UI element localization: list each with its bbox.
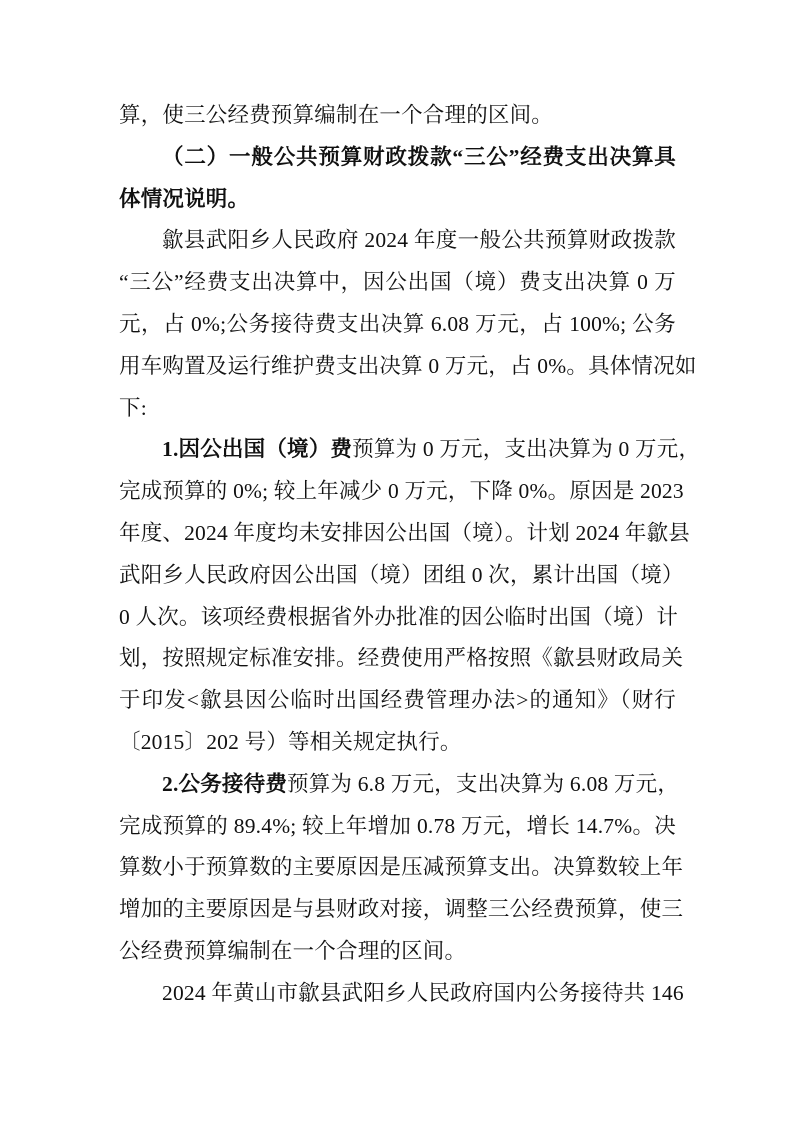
item1-paragraph-line: 0 人次。该项经费根据省外办批准的因公临时出国（境）计 (119, 597, 676, 639)
item1-paragraph-line: 划，按照规定标准安排。经费使用严格按照《歙县财政局关 (119, 638, 676, 680)
item2-paragraph-line: 增加的主要原因是与县财政对接，调整三公经费预算，使三 (119, 889, 676, 931)
item2-paragraph-line: 算数小于预算数的主要原因是压减预算支出。决算数较上年 (119, 847, 676, 889)
summary-paragraph-line: 用车购置及运行维护费支出决算 0 万元，占 0%。具体情况如 (119, 346, 676, 388)
section-heading-line-2: 体情况说明。 (119, 179, 676, 221)
item1-paragraph-line: 武阳乡人民政府因公出国（境）团组 0 次，累计出国（境） (119, 555, 676, 597)
item1-bold-title: 1.因公出国（境）费 (162, 437, 352, 461)
item1-first-line-text: 预算为 0 万元，支出决算为 0 万元， (352, 437, 700, 461)
item1-paragraph-line: 完成预算的 0%; 较上年减少 0 万元，下降 0%。原因是 2023 (119, 471, 676, 513)
item1-paragraph-line: 〔2015〕202 号）等相关规定执行。 (119, 722, 676, 764)
item2-first-line-text: 预算为 6.8 万元，支出决算为 6.08 万元， (287, 772, 679, 796)
summary-paragraph-line: 元，占 0%;公务接待费支出决算 6.08 万元，占 100%; 公务 (119, 304, 676, 346)
item2-paragraph-line: 公经费预算编制在一个合理的区间。 (119, 931, 676, 973)
item1-first-line: 1.因公出国（境）费预算为 0 万元，支出决算为 0 万元， (119, 429, 676, 471)
item2-bold-title: 2.公务接待费 (162, 772, 287, 796)
summary-paragraph-line: 歙县武阳乡人民政府 2024 年度一般公共预算财政拨款 (119, 220, 676, 262)
section-heading-line-1: （二）一般公共预算财政拨款“三公”经费支出决算具 (119, 137, 676, 179)
paragraph-continuation-line: 算，使三公经费预算编制在一个合理的区间。 (119, 95, 676, 137)
reception-paragraph-line: 2024 年黄山市歙县武阳乡人民政府国内公务接待共 146 (119, 973, 676, 1015)
item1-paragraph-line: 年度、2024 年度均未安排因公出国（境）。计划 2024 年歙县 (119, 513, 676, 555)
item2-first-line: 2.公务接待费预算为 6.8 万元，支出决算为 6.08 万元， (119, 764, 676, 806)
item1-paragraph-line: 于印发<歙县因公临时出国经费管理办法>的通知》（财行 (119, 680, 676, 722)
item2-paragraph-line: 完成预算的 89.4%; 较上年增加 0.78 万元，增长 14.7%。决 (119, 806, 676, 848)
summary-paragraph-line: 下: (119, 388, 676, 430)
document-page: 算，使三公经费预算编制在一个合理的区间。 （二）一般公共预算财政拨款“三公”经费… (0, 0, 793, 1122)
summary-paragraph-line: “三公”经费支出决算中，因公出国（境）费支出决算 0 万 (119, 262, 676, 304)
document-body: 算，使三公经费预算编制在一个合理的区间。 （二）一般公共预算财政拨款“三公”经费… (119, 95, 676, 1015)
